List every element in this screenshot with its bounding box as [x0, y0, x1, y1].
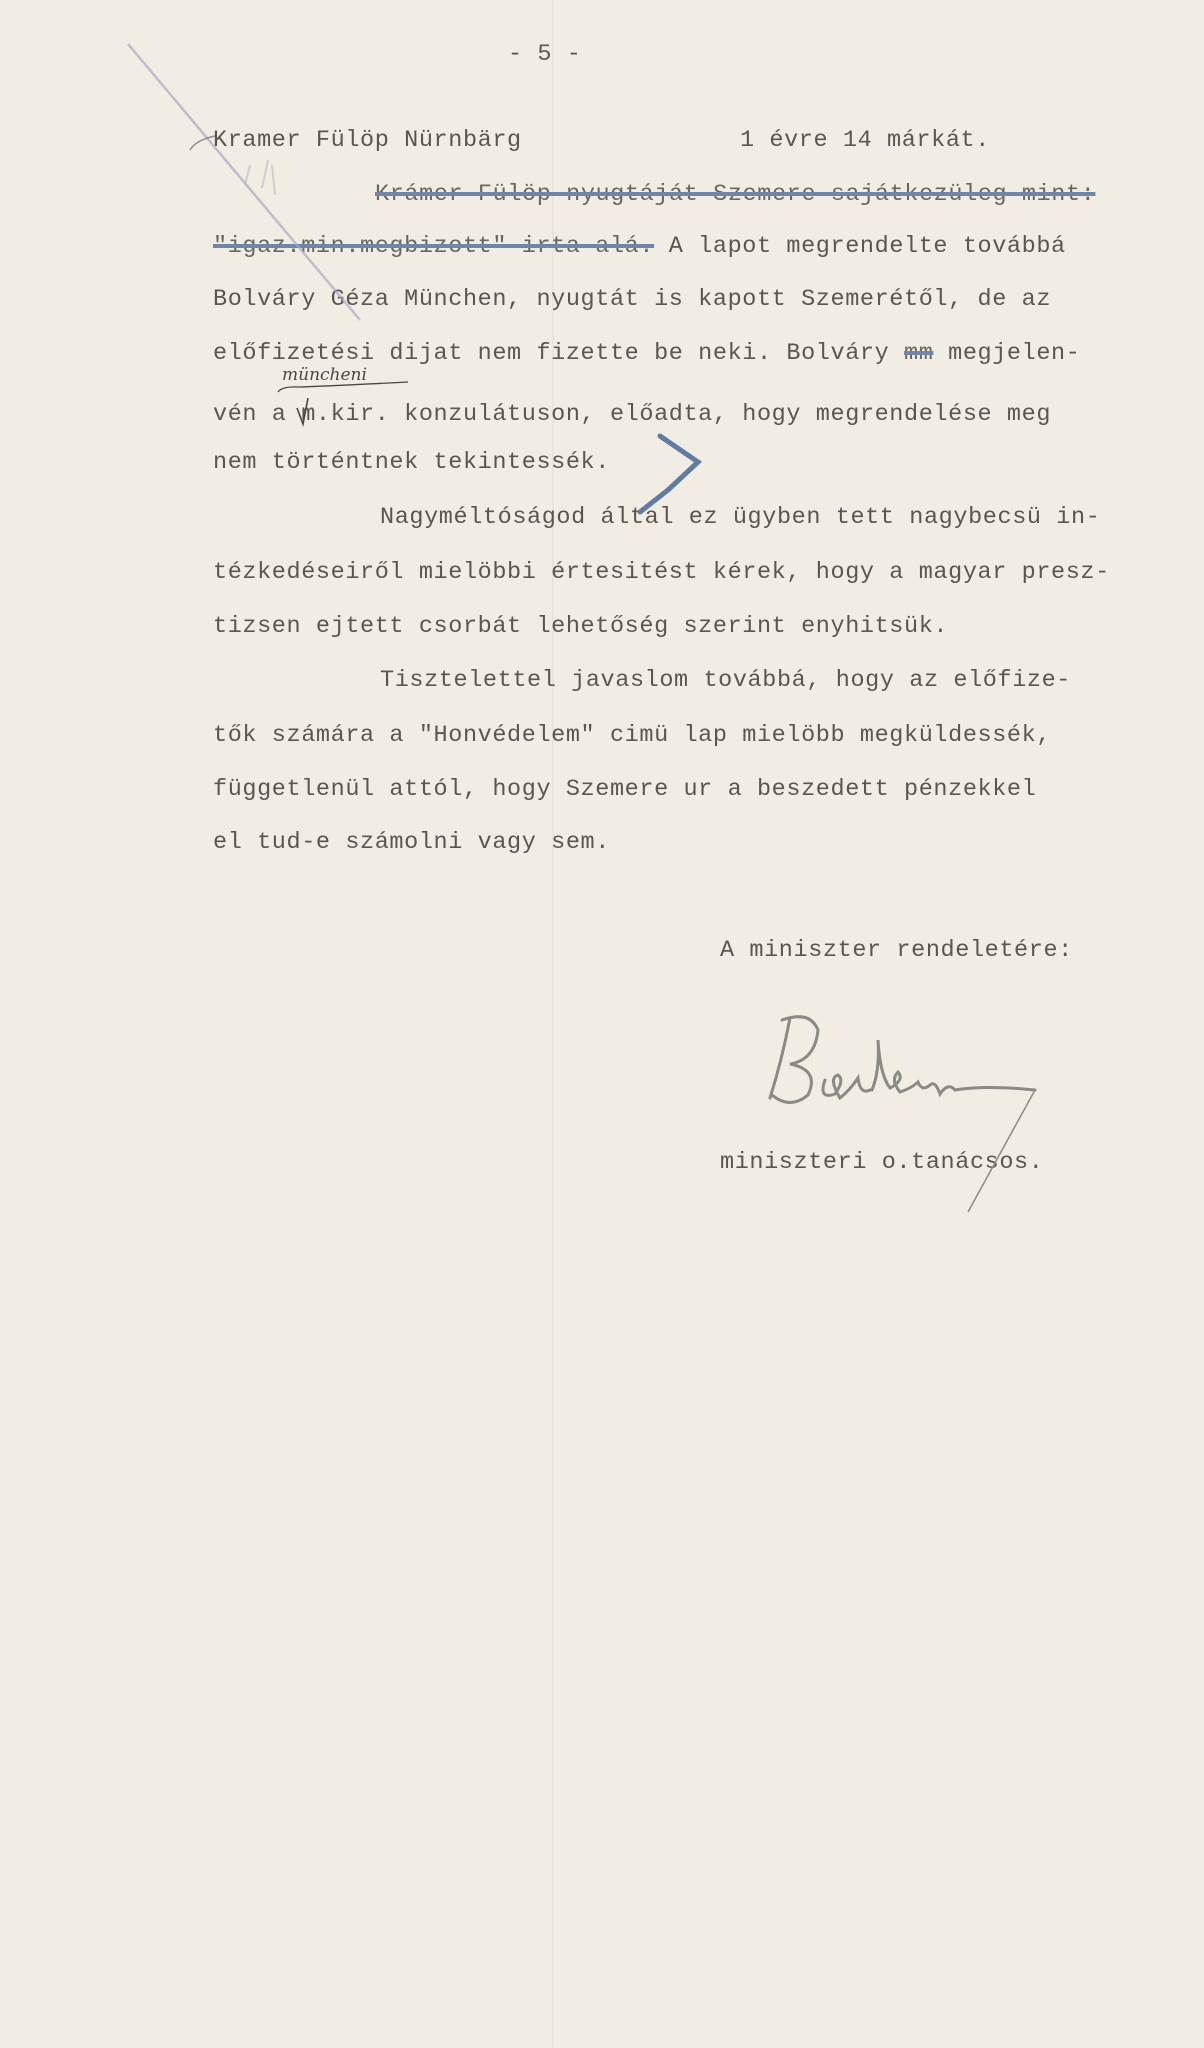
text-span: előfizetési dijat nem fizette be neki. B…	[213, 340, 904, 367]
text-line: Bolváry Géza München, nyugtát is kapott …	[213, 285, 1051, 315]
text-line: el tud-e számolni vagy sem.	[213, 828, 610, 858]
text-line: Nagyméltóságod által ez ügyben tett nagy…	[380, 503, 1100, 533]
text-line: vén a m.kir. konzulátuson, előadta, hogy…	[213, 400, 1051, 430]
text-line: Tisztelettel javaslom továbbá, hogy az e…	[380, 666, 1071, 696]
margin-tick-mark	[190, 136, 215, 150]
signatory-title: miniszteri o.tanácsos.	[720, 1148, 1043, 1178]
text-line: "igaz.min.megbizott" irta alá. A lapot m…	[213, 232, 1066, 262]
pencil-diagonal-stroke	[128, 44, 360, 320]
subscriber-name: Kramer Fülöp Nürnbärg	[213, 126, 522, 156]
text-line: nem történtnek tekintessék.	[213, 448, 610, 478]
struck-text: "igaz.min.megbizott" irta alá.	[213, 233, 654, 260]
struck-text: mm	[904, 340, 933, 367]
subscription-amount: 1 évre 14 márkát.	[740, 126, 990, 156]
text-span: A lapot megrendelte továbbá	[654, 233, 1066, 260]
signature-mark	[770, 1017, 1035, 1103]
text-line: tők számára a "Honvédelem" cimü lap miel…	[213, 721, 1051, 751]
page-number: - 5 -	[508, 40, 582, 70]
blue-chevron-mark	[640, 436, 698, 512]
text-line: tézkedéseiről mielöbbi értesitést kérek,…	[213, 558, 1110, 588]
order-line: A miniszter rendeletére:	[720, 936, 1073, 966]
text-line: függetlenül attól, hogy Szemere ur a bes…	[213, 775, 1036, 805]
text-line: tizsen ejtett csorbát lehetőség szerint …	[213, 612, 948, 642]
struck-line: Krámer Fülöp nyugtáját Szemere sajátkezü…	[375, 180, 1095, 210]
text-span: megjelen-	[933, 340, 1080, 367]
handwritten-insertion: müncheni	[282, 365, 367, 385]
